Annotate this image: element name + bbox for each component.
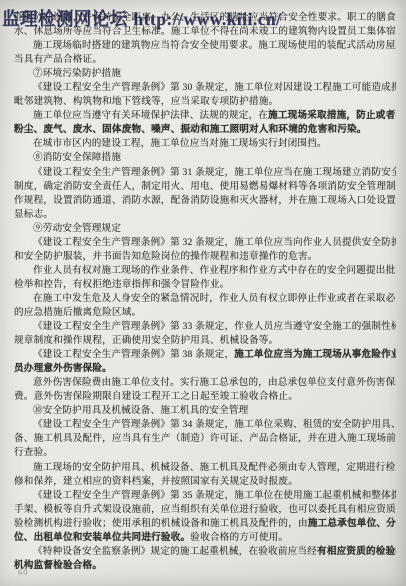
text-line: 意外伤害保险费由施工单位支付。实行施工总承包的，由总承包单位支付意外伤害保险 (14, 376, 396, 390)
text-line: 费。意外伤害保险期限自建设工程开工之日起至竣工验收合格止。 (14, 390, 396, 404)
text-line: 《建设工程安全生产管理条例》第 35 条规定，施工单位在使用施工起重机械和整体提… (14, 489, 396, 503)
text-segment-bold: 员办理意外伤害保险。 (14, 363, 112, 374)
text-segment: 检举和控告，有权拒绝违章指挥和强令冒险作业。 (14, 279, 229, 290)
text-segment: 《建设工程安全生产管理条例》第 32 条规定，施工单位应当向作业人员提供安全防护… (33, 237, 396, 248)
text-segment: 《建设工程安全生产管理条例》第 38 条规定， (33, 349, 234, 360)
text-line: 施工现场的安全防护用具、机械设备、施工机具及配件必须由专人管理，定期进行检查、维 (14, 461, 396, 475)
text-line: ⑨劳动安全管理规定 (14, 222, 396, 236)
text-segment: 制度，确定消防安全责任人，制定用火、用电、使用易燃易爆材料等各项消防安全管理制度… (14, 181, 396, 192)
text-line: 《建设工程安全生产管理条例》第 31 条规定，施工单位应当在施工现场建立消防安全… (14, 166, 396, 180)
text-segment: 验收合格的方可使用。 (190, 532, 288, 543)
text-line: 《建设工程安全生产管理条例》第 38 条规定，施工单位应当为施工现场从事危险作业… (14, 348, 396, 362)
text-line: 行查验。 (14, 446, 396, 460)
text-line: 毗邻建筑物、构筑物和地下管线等，应当采取专项防护措施。 (14, 95, 396, 109)
text-line: 在施工中发生危及人身安全的紧急情况时，作业人员有权立即停止作业或者在采取必要 (14, 292, 396, 306)
text-segment: 《建设工程安全生产管理条例》第 35 条规定，施工单位在使用施工起重机械和整体提… (33, 490, 396, 501)
text-segment: 施工单位应当遵守有关环境保护法律、法规的规定，在 (33, 110, 268, 121)
watermark-site-name: 监理检测网论坛 (2, 9, 128, 29)
text-line: 《建设工程安全生产管理条例》第 34 条规定，施工单位采购、租赁的安全防护用具、… (14, 418, 396, 432)
text-line: 位、出租单位和安装单位共同进行验收。验收合格的方可使用。 (14, 531, 396, 545)
text-line: ⑩安全防护用具及机械设备、施工机具的安全管理 (14, 404, 396, 418)
text-segment: 和安全防护服装，并书面告知危险岗位的操作规程和违章操作的危害。 (14, 251, 318, 262)
text-line: 的应急措施后撤离危险区域。 (14, 306, 396, 320)
text-segment: 施工现场临时搭建的建筑物应当符合安全使用要求。施工现场使用的装配式活动房屋应 (33, 40, 396, 51)
text-segment: 备、施工机具及配件，应当具有生产（制造）许可证、产品合格证，并在进入施工现场前进 (14, 433, 396, 444)
text-segment: 费。意外伤害保险期限自建设工程开工之日起至竣工验收合格止。 (14, 391, 298, 402)
text-line: ⑦环境污染防护措施 (14, 67, 396, 81)
text-segment: 规章制度和操作规程，正确使用安全防护用具、机械设备等。 (14, 335, 278, 346)
text-segment: 当具有产品合格证。 (14, 54, 102, 65)
text-segment: 施工现场的安全防护用具、机械设备、施工机具及配件必须由专人管理，定期进行检查、维 (33, 462, 396, 473)
text-line: 在城市市区内的建设工程，施工单位应当对施工现场实行封闭围挡。 (14, 137, 396, 151)
text-segment: 修和保养，建立相应的资料档案，并按照国家有关规定及时报废。 (14, 476, 298, 487)
text-segment-bold: 位、出租单位和安装单位共同进行验收。 (14, 532, 190, 543)
text-line: ⑧消防安全保障措施 (14, 151, 396, 165)
text-segment-bold: 施工现场采取措施，防止或者减少 (268, 110, 396, 121)
text-line: 员办理意外伤害保险。 (14, 362, 396, 376)
page-number: 60 (18, 567, 29, 577)
text-segment: 的应急措施后撤离危险区域。 (14, 307, 141, 318)
text-line: 规章制度和操作规程，正确使用安全防护用具、机械设备等。 (14, 334, 396, 348)
text-segment: 《建设工程安全生产管理条例》第 33 条规定，作业人员应当遵守安全施工的强制性标… (33, 321, 396, 332)
text-segment: ⑨劳动安全管理规定 (33, 223, 121, 234)
text-line: 当具有产品合格证。 (14, 53, 396, 67)
text-segment-bold: 施工单位应当为施工现场从事危险作业的人 (234, 349, 396, 360)
text-line: 和安全防护服装，并书面告知危险岗位的操作规程和违章操作的危害。 (14, 250, 396, 264)
text-segment: 毗邻建筑物、构筑物和地下管线等，应当采取专项防护措施。 (14, 96, 278, 107)
text-line: 粉尘、废气、废水、固体废物、噪声、振动和施工照明对人和环境的危害和污染。 (14, 123, 396, 137)
text-line: 《建设工程安全生产管理条例》第 30 条规定，施工单位对因建设工程施工可能造成损… (14, 81, 396, 95)
text-line: 制度，确定消防安全责任人，制定用火、用电、使用易燃易爆材料等各项消防安全管理制度… (14, 180, 396, 194)
text-segment: 《特种设备安全监察条例》规定的施工起重机械，在验收前应当经 (33, 546, 317, 557)
text-line: 《特种设备安全监察条例》规定的施工起重机械，在验收前应当经有相应资质的检验检测 (14, 545, 396, 559)
text-segment-bold: 有相应资质的检验检测 (317, 546, 396, 557)
text-line: 修和保养，建立相应的资料档案，并按照国家有关规定及时报废。 (14, 475, 396, 489)
text-segment: 《建设工程安全生产管理条例》第 30 条规定，施工单位对因建设工程施工可能造成损… (33, 82, 396, 93)
text-segment: 作规程，设置消防通道、消防水源，配备消防设施和灭火器材，并在施工现场入口处设置明 (14, 195, 396, 206)
text-segment: ⑧消防安全保障措施 (33, 152, 121, 163)
text-segment: 意外伤害保险费由施工单位支付。实行施工总承包的，由总承包单位支付意外伤害保险 (33, 377, 396, 388)
text-segment: 《建设工程安全生产管理条例》第 34 条规定，施工单位采购、租赁的安全防护用具、… (33, 419, 396, 430)
text-segment: 行查验。 (14, 447, 53, 458)
text-segment: 作业人员有权对施工现场的作业条件、作业程序和作业方式中存在的安全问题提出批评、 (33, 265, 396, 276)
text-segment: ⑩安全防护用具及机械设备、施工机具的安全管理 (33, 405, 248, 416)
text-body: 业区分开设置，并保持安全距离；办公、生活区的选址应当符合安全性要求。职工的膳食、… (14, 11, 396, 573)
text-segment: 在城市市区内的建设工程，施工单位应当对施工现场实行封闭围挡。 (33, 138, 327, 149)
text-segment: 手架、模板等自升式架设设施前，应当组织有关单位进行验收，也可以委托具有相应资质的… (14, 504, 396, 515)
text-segment: ⑦环境污染防护措施 (33, 68, 121, 79)
watermark-url: http://www.kiii.cn/ (133, 9, 281, 29)
text-segment: 《建设工程安全生产管理条例》第 31 条规定，施工单位应当在施工现场建立消防安全… (33, 167, 396, 178)
text-line: 检举和控告，有权拒绝违章指挥和强令冒险作业。 (14, 278, 396, 292)
text-line: 机构监督检验合格。 (14, 559, 396, 573)
text-line: 手架、模板等自升式架设设施前，应当组织有关单位进行验收，也可以委托具有相应资质的… (14, 503, 396, 517)
scanned-page: 业区分开设置，并保持安全距离；办公、生活区的选址应当符合安全性要求。职工的膳食、… (0, 0, 406, 586)
watermark: 监理检测网论坛http://www.kiii.cn/ (2, 5, 392, 31)
text-segment: 显标志。 (14, 209, 53, 220)
text-line: 备、施工机具及配件，应当具有生产（制造）许可证、产品合格证，并在进入施工现场前进 (14, 432, 396, 446)
text-line: 作业人员有权对施工现场的作业条件、作业程序和作业方式中存在的安全问题提出批评、 (14, 264, 396, 278)
text-line: 作规程，设置消防通道、消防水源，配备消防设施和灭火器材，并在施工现场入口处设置明 (14, 194, 396, 208)
text-line: 施工现场临时搭建的建筑物应当符合安全使用要求。施工现场使用的装配式活动房屋应 (14, 39, 396, 53)
text-line: 《建设工程安全生产管理条例》第 33 条规定，作业人员应当遵守安全施工的强制性标… (14, 320, 396, 334)
text-line: 验检测机构进行验收；使用承租的机械设备和施工机具及配件的，由施工总承包单位、分包… (14, 517, 396, 531)
text-segment-bold: 粉尘、废气、废水、固体废物、噪声、振动和施工照明对人和环境的危害和污染。 (14, 124, 367, 135)
text-segment-bold: 施工总承包单位、分包单 (308, 518, 396, 529)
text-segment: 验检测机构进行验收；使用承租的机械设备和施工机具及配件的，由 (14, 518, 308, 529)
text-segment: 在施工中发生危及人身安全的紧急情况时，作业人员有权立即停止作业或者在采取必要 (33, 293, 396, 304)
text-line: 施工单位应当遵守有关环境保护法律、法规的规定，在施工现场采取措施，防止或者减少 (14, 109, 396, 123)
text-line: 《建设工程安全生产管理条例》第 32 条规定，施工单位应当向作业人员提供安全防护… (14, 236, 396, 250)
text-line: 显标志。 (14, 208, 396, 222)
